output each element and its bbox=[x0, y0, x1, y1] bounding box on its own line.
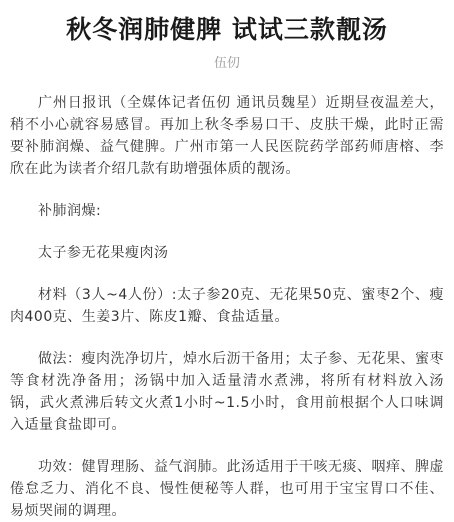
article-author: 伍仞 bbox=[10, 56, 444, 72]
article-page: 秋冬润肺健脾 试试三款靓汤 伍仞 广州日报讯（全媒体记者伍仞 通讯员魏星）近期昼… bbox=[0, 0, 454, 522]
article-body: 广州日报讯（全媒体记者伍仞 通讯员魏星）近期昼夜温差大，稍不小心就容易感冒。再加… bbox=[10, 92, 444, 522]
paragraph-ingredients: 材料（3人~4人份）:太子参20克、无花果50克、蜜枣2个、瘦肉400克、生姜3… bbox=[10, 284, 444, 328]
article-title: 秋冬润肺健脾 试试三款靓汤 bbox=[10, 14, 444, 46]
paragraph-effects: 功效：健胃理肠、益气润肺。此汤适用于干咳无痰、咽痒、脾虚倦怠乏力、消化不良、慢性… bbox=[10, 456, 444, 522]
paragraph-section-heading: 补肺润燥: bbox=[10, 200, 444, 222]
paragraph-intro: 广州日报讯（全媒体记者伍仞 通讯员魏星）近期昼夜温差大，稍不小心就容易感冒。再加… bbox=[10, 92, 444, 180]
paragraph-soup-name: 太子参无花果瘦肉汤 bbox=[10, 242, 444, 264]
paragraph-method: 做法：瘦肉洗净切片，焯水后沥干备用；太子参、无花果、蜜枣等食材洗净备用；汤锅中加… bbox=[10, 348, 444, 436]
